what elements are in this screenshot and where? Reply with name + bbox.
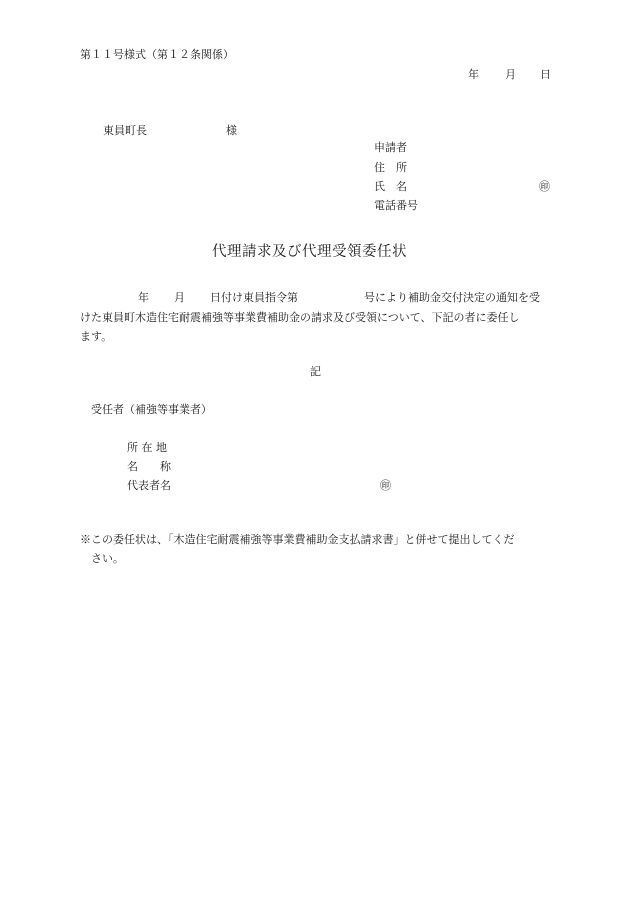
- delegate-name-label: 名 称: [127, 460, 171, 474]
- seal-icon: ㊞: [380, 479, 391, 493]
- body-line2: けた東員町木造住宅耐震補強等事業費補助金の請求及び受領について、下記の者に委任し: [80, 311, 520, 325]
- note-line1: ※この委任状は、「木造住宅耐震補強等事業費補助金支払請求書」と併せて提出してくだ: [80, 533, 515, 547]
- note-line2: さい。: [91, 552, 124, 566]
- applicant-phone-label: 電話番号: [374, 199, 418, 213]
- document-title: 代理請求及び代理受領委任状: [212, 243, 407, 261]
- applicant-address-label: 住 所: [374, 161, 407, 175]
- applicant-heading: 申請者: [374, 141, 407, 155]
- body-year-label: 年: [138, 291, 149, 305]
- body-month-label: 月: [174, 291, 185, 305]
- seal-icon: ㊞: [539, 180, 550, 194]
- delegate-location-label: 所 在 地: [127, 441, 167, 455]
- date-year-label: 年: [468, 68, 479, 82]
- date-month-label: 月: [505, 68, 516, 82]
- body-dated-text: 日付け東員指令第: [210, 291, 298, 305]
- delegate-heading: 受任者（補強等事業者）: [91, 403, 212, 417]
- form-number: 第１１号様式（第１２条関係）: [80, 48, 234, 62]
- body-line3: ます。: [80, 330, 112, 344]
- ki-heading: 記: [310, 365, 321, 379]
- delegate-representative-label: 代表者名: [127, 479, 171, 493]
- addressee-honorific: 様: [226, 124, 237, 138]
- body-line1-rest: 号により補助金交付決定の通知を受: [364, 291, 540, 305]
- applicant-name-label: 氏 名: [374, 180, 407, 194]
- addressee-name: 東員町長: [103, 124, 147, 138]
- date-day-label: 日: [540, 68, 551, 82]
